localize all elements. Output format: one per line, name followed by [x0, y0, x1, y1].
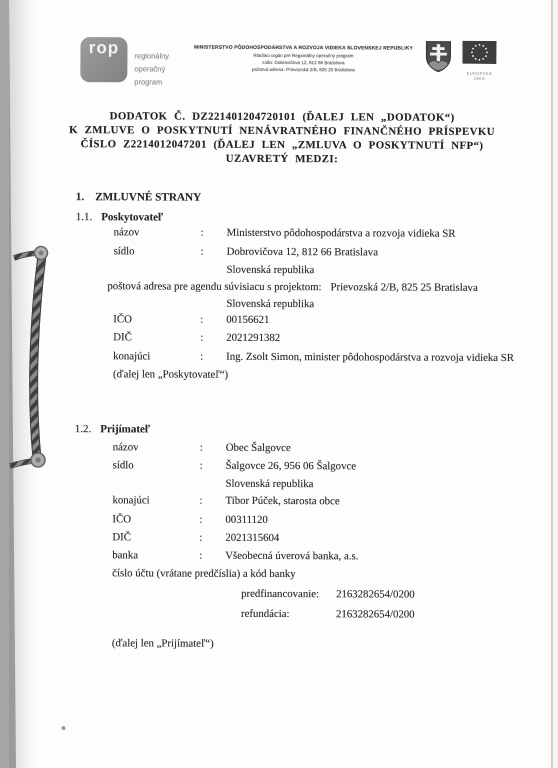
field-row-dic: DIČ : 2021291382: [0, 331, 558, 349]
field-row-sidlo: sídlo : Dobrovičova 12, 812 66 Bratislav…: [1, 245, 558, 263]
field-label: názov: [113, 441, 139, 453]
colon: :: [199, 532, 202, 544]
field-label: konajúci: [112, 494, 149, 506]
field-value: 00311120: [225, 514, 267, 526]
title-line-3: ČÍSLO Z2214012047201 (ĎALEJ LEN „ZMLUVA …: [51, 137, 513, 153]
field-row-banka: banka : Všeobecná úverová banka, a.s.: [0, 549, 557, 567]
field-row-sidlo: sídlo : Šalgovce 26, 956 06 Šalgovce: [0, 459, 558, 477]
provider-alias: (ďalej len „Poskytovateľ“): [113, 368, 228, 381]
field-row-postal: poštová adresa pre agendu súvisiacu s pr…: [107, 280, 477, 294]
document-title: DODATOK Č. DZ221401204720101 (ĎALEJ LEN …: [51, 109, 513, 167]
field-row-ico: IČO : 00156621: [0, 313, 558, 331]
rop-caption-line: operačný: [134, 62, 169, 75]
field-label: banka: [112, 549, 138, 561]
slovak-coat-of-arms-icon: [425, 41, 451, 73]
ministry-postal-line: poštová adresa: Prievozská 2/B, 825 25 B…: [179, 66, 427, 74]
colon: :: [199, 550, 202, 562]
colon: :: [200, 351, 203, 363]
field-value: 00156621: [226, 314, 269, 326]
section-title: ZMLUVNÉ STRANY: [95, 191, 201, 203]
field-value: Obec Šalgovce: [226, 442, 291, 454]
field-value: Prievozská 2/B, 825 25 Bratislava: [330, 281, 477, 294]
field-label: DIČ: [113, 331, 132, 343]
field-value: Šalgovce 26, 956 06 Šalgovce: [226, 460, 357, 473]
field-value: 2163282654/0200: [336, 608, 415, 620]
field-value: Slovenská republika: [226, 298, 314, 310]
subsection-number: 1.1.: [76, 211, 93, 223]
field-label: IČO: [113, 313, 132, 325]
eu-flag-caption: EURÓPSKA ÚNIA: [462, 71, 496, 81]
rop-caption-line: regionálny: [134, 49, 169, 62]
field-row-nazov: názov : Obec Šalgovce: [0, 441, 558, 459]
subsection-title: Poskytovateľ: [101, 211, 163, 223]
colon: :: [201, 227, 204, 239]
account-number-heading: číslo účtu (vrátane predčíslia) a kód ba…: [112, 567, 296, 580]
field-label: konajúci: [113, 350, 150, 362]
section-number: 1.: [76, 191, 84, 203]
section-heading: 1. ZMLUVNÉ STRANY: [76, 191, 201, 204]
subsection-recipient-heading: 1.2. Prijímateľ: [75, 423, 150, 435]
field-label: IČO: [112, 513, 131, 525]
field-label: názov: [114, 226, 140, 238]
field-value: Dobrovičova 12, 812 66 Bratislava: [227, 246, 378, 259]
subsection-provider-heading: 1.1. Poskytovateľ: [76, 211, 164, 223]
field-label: refundácia:: [241, 608, 290, 620]
colon: :: [200, 442, 203, 454]
scan-speck: [61, 726, 65, 730]
field-label: poštová adresa pre agendu súvisiacu s pr…: [107, 280, 321, 293]
rop-logo-text: rop: [80, 38, 127, 58]
field-row-refundacia: refundácia: 2163282654/0200: [0, 607, 557, 625]
colon: :: [201, 246, 204, 258]
field-row-nazov: názov : Ministerstvo pôdohospodárstva a …: [1, 226, 558, 244]
eu-flag-block: EURÓPSKA ÚNIA: [462, 41, 496, 81]
field-row-country: Slovenská republika: [0, 263, 558, 281]
field-value: Ing. Zsolt Simon, minister pôdohospodárs…: [226, 351, 514, 364]
field-value: 2163282654/0200: [336, 588, 415, 600]
colon: :: [199, 514, 202, 526]
field-row-predfinancovanie: predfinancovanie: 2163282654/0200: [0, 587, 557, 605]
subsection-title: Prijímateľ: [100, 423, 150, 435]
colon: :: [199, 495, 202, 507]
field-row-country: Slovenská republika: [0, 477, 558, 495]
rop-logo-caption: regionálny operačný program: [134, 49, 169, 88]
colon: :: [200, 460, 203, 472]
field-row-dic: DIČ : 2021315604: [0, 531, 557, 549]
ministry-letterhead: MINISTERSTVO PÔDOHOSPODÁRSTVA A ROZVOJA …: [179, 45, 427, 74]
field-label: sídlo: [113, 459, 134, 471]
scanned-contract-page: rop regionálny operačný program MINISTER…: [0, 0, 558, 768]
ministry-name: MINISTERSTVO PÔDOHOSPODÁRSTVA A ROZVOJA …: [179, 45, 427, 52]
field-value: Ministerstvo pôdohospodárstva a rozvoja …: [227, 227, 456, 240]
field-label: sídlo: [114, 245, 135, 257]
subsection-number: 1.2.: [75, 423, 92, 435]
field-value: Všeobecná úverová banka, a.s.: [225, 550, 358, 563]
eu-flag-icon: [462, 41, 496, 64]
field-row-konajuci: konajúci : Tibor Púček, starosta obce: [0, 494, 558, 512]
field-value: Slovenská republika: [226, 264, 314, 276]
field-value: 2021291382: [226, 332, 280, 344]
recipient-alias: (ďalej len „Prijímateľ“): [112, 637, 214, 649]
field-value: 2021315604: [225, 532, 279, 544]
title-line-4: UZAVRETÝ MEDZI:: [51, 151, 513, 167]
rop-logo: rop: [80, 37, 127, 82]
field-row-ico: IČO : 00311120: [0, 513, 557, 531]
rop-caption-line: program: [134, 75, 169, 88]
page-content: rop regionálny operačný program MINISTER…: [0, 0, 558, 768]
colon: :: [200, 332, 203, 344]
field-label: DIČ: [112, 531, 131, 543]
field-value: Slovenská republika: [226, 478, 314, 490]
field-label: predfinancovanie:: [241, 588, 319, 600]
field-row-konajuci: konajúci : Ing. Zsolt Simon, minister pô…: [0, 350, 558, 368]
colon: :: [200, 314, 203, 326]
field-value: Tibor Púček, starosta obce: [225, 495, 339, 507]
